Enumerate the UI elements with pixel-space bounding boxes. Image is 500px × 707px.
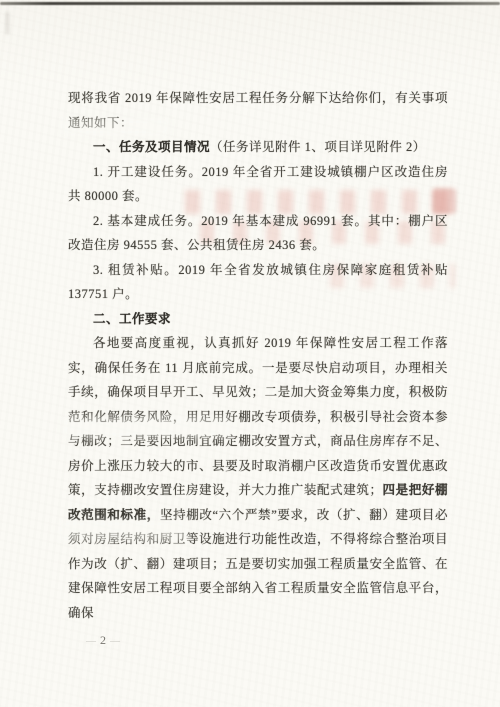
- scan-edge-artifact: [0, 2, 500, 5]
- work-segment-1: 各地要高度重视，认真抓好 2019 年保障性安居工程工作落实，确保任务在 11 …: [68, 336, 448, 497]
- footer-dash-left: —: [86, 636, 100, 647]
- scan-smudge-artifact: [6, 12, 9, 34]
- page-footer: —2—: [86, 633, 124, 648]
- work-segment-3: 坚持棚改“六个严禁”要求，改（扩、翻）建项目必须对房屋结构和厨卫等设施进行功能性…: [68, 508, 448, 620]
- footer-dash-right: —: [110, 636, 124, 647]
- section-1-note: （任务详见附件 1、项目详见附件 2）: [210, 140, 426, 154]
- section-2-heading: 二、工作要求: [68, 307, 448, 332]
- work-requirements-paragraph: 各地要高度重视，认真抓好 2019 年保障性安居工程工作落实，确保任务在 11 …: [68, 331, 448, 625]
- section-1-heading: 一、任务及项目情况（任务详见附件 1、项目详见附件 2）: [68, 135, 448, 160]
- task-item-2: 2. 基本建成任务。2019 年基本建成 96991 套。其中：棚户区改造住房 …: [68, 209, 448, 258]
- scanned-document-page: 现将我省 2019 年保障性安居工程任务分解下达给你们，有关事项通知如下： 一、…: [0, 0, 500, 707]
- intro-paragraph: 现将我省 2019 年保障性安居工程任务分解下达给你们，有关事项通知如下：: [68, 86, 448, 135]
- section-2-title: 二、工作要求: [93, 312, 171, 326]
- task-item-1: 1. 开工建设任务。2019 年全省开工建设城镇棚户区改造住房共 80000 套…: [68, 160, 448, 209]
- task-item-3: 3. 租赁补贴。2019 年全省发放城镇住房保障家庭租赁补贴 137751 户。: [68, 258, 448, 307]
- page-number: 2: [100, 633, 110, 647]
- section-1-title: 一、任务及项目情况: [93, 140, 210, 154]
- document-body: 现将我省 2019 年保障性安居工程任务分解下达给你们，有关事项通知如下： 一、…: [68, 86, 448, 625]
